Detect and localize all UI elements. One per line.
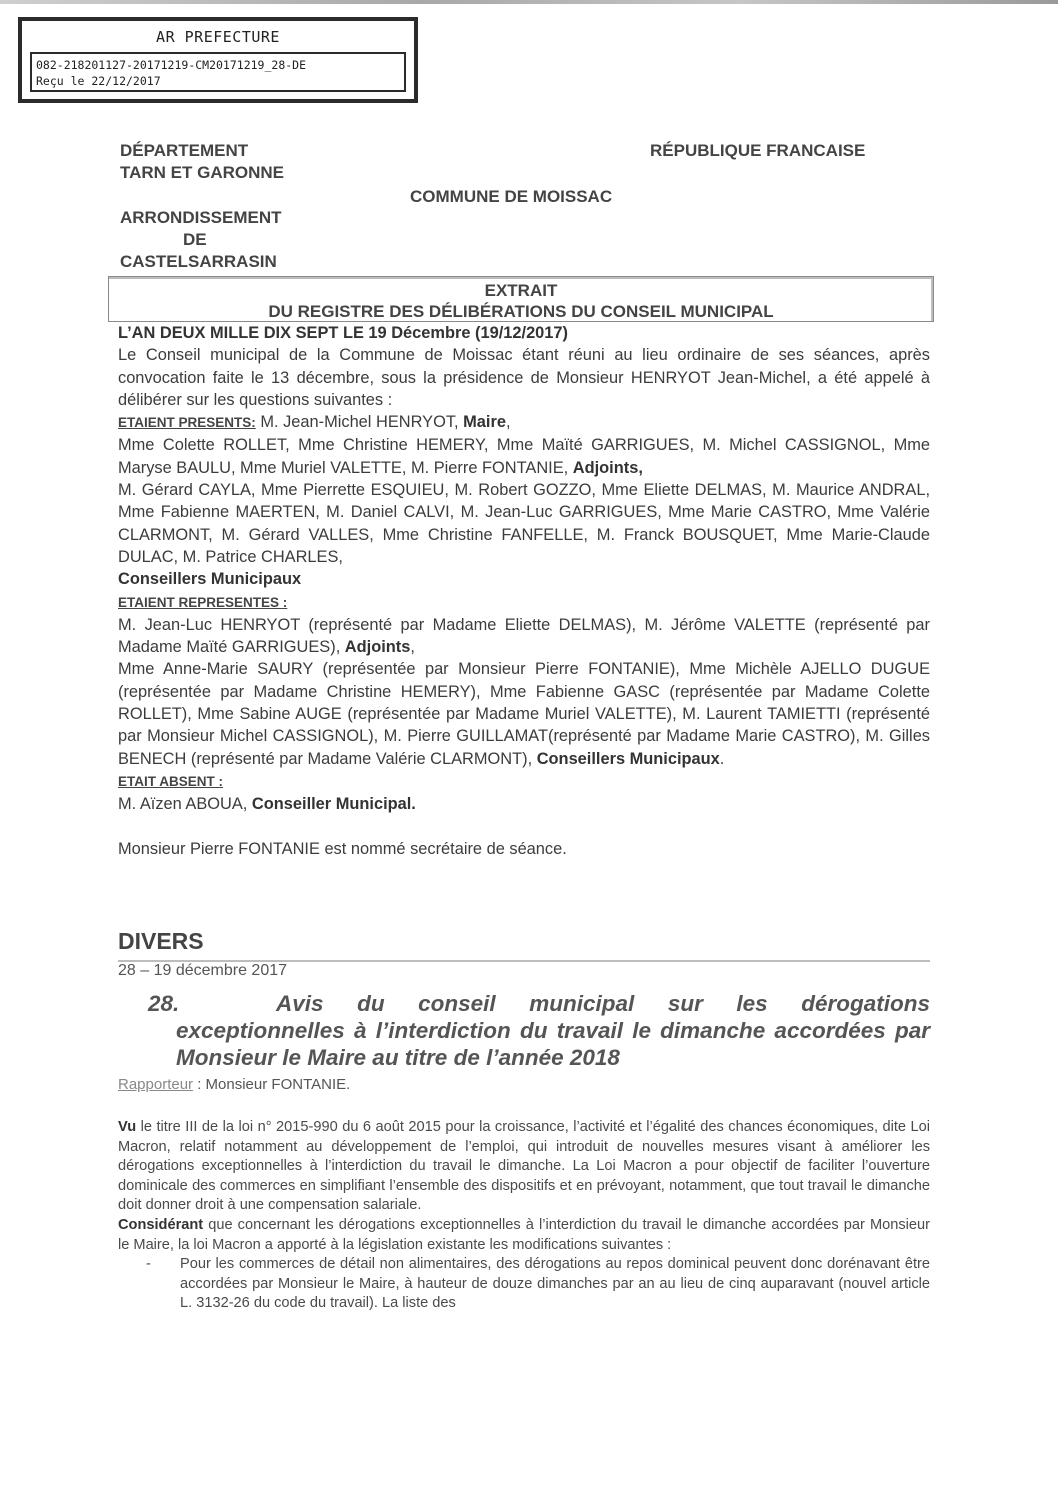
absent-name: M. Aïzen ABOUA, bbox=[118, 795, 252, 813]
considerant-paragraph: Considérant que concernant les dérogatio… bbox=[118, 1216, 930, 1255]
item-number: 28. bbox=[148, 990, 248, 1017]
representes-conseillers: Mme Anne-Marie SAURY (représentée par Mo… bbox=[118, 658, 930, 769]
bullet-text: Pour les commerces de détail non aliment… bbox=[180, 1256, 930, 1311]
departement-block: DÉPARTEMENT TARN ET GARONNE bbox=[120, 140, 284, 184]
absent-role: Conseiller Municipal. bbox=[252, 795, 416, 813]
rapporteur-line: Rapporteur : Monsieur FONTANIE. bbox=[118, 1076, 350, 1093]
presents-label: Etaient Presents: bbox=[118, 415, 256, 430]
secretaire-line: Monsieur Pierre FONTANIE est nommé secré… bbox=[118, 838, 930, 860]
conseillers-names: M. Gérard CAYLA, Mme Pierrette ESQUIEU, … bbox=[118, 481, 930, 566]
rapporteur-value: : Monsieur FONTANIE. bbox=[193, 1076, 350, 1093]
stamp-title: AR PREFECTURE bbox=[22, 28, 414, 46]
representes-label: Etaient representes : bbox=[118, 595, 287, 610]
representes-conseillers-role: Conseillers Municipaux bbox=[537, 750, 720, 768]
presents-maire: Etaient Presents: M. Jean-Michel HENRYOT… bbox=[118, 411, 930, 434]
representes-adjoints-names: M. Jean-Luc HENRYOT (représenté par Mada… bbox=[118, 616, 930, 656]
rapporteur-label: Rapporteur bbox=[118, 1076, 193, 1093]
item-title: Avis du conseil municipal sur les déroga… bbox=[148, 990, 930, 1071]
absent-label: Etait absent : bbox=[118, 774, 223, 789]
representes-adjoints-role: Adjoints bbox=[345, 638, 411, 656]
vu-text: le titre III de la loi n° 2015-990 du 6 … bbox=[118, 1119, 930, 1213]
stamp-received-date: Reçu le 22/12/2017 bbox=[36, 73, 400, 89]
extrait-box: EXTRAIT DU REGISTRE DES DÉLIBÉRATIONS DU… bbox=[108, 276, 934, 322]
item-heading: 28. Avis du conseil municipal sur les dé… bbox=[148, 990, 930, 1071]
session-date: L’AN DEUX MILLE DIX SEPT LE 19 Décembre … bbox=[118, 322, 930, 344]
section-title: DIVERS bbox=[118, 928, 204, 955]
stamp-details: 082-218201127-20171219-CM20171219_28-DE … bbox=[30, 52, 406, 92]
departement-label: DÉPARTEMENT bbox=[120, 140, 284, 162]
bullet-dash: - bbox=[146, 1255, 151, 1275]
scan-top-edge bbox=[0, 0, 1058, 4]
arrondissement-label: ARRONDISSEMENT bbox=[120, 207, 282, 229]
presents-conseillers: M. Gérard CAYLA, Mme Pierrette ESQUIEU, … bbox=[118, 479, 930, 590]
adjoints-role: Adjoints, bbox=[573, 459, 643, 477]
session-block: L’AN DEUX MILLE DIX SEPT LE 19 Décembre … bbox=[118, 322, 930, 860]
adjoints-names: Mme Colette ROLLET, Mme Christine HEMERY… bbox=[118, 436, 930, 476]
departement-name: TARN ET GARONNE bbox=[120, 162, 284, 184]
maire-name: M. Jean-Michel HENRYOT, bbox=[256, 413, 463, 431]
representes-adjoints: M. Jean-Luc HENRYOT (représenté par Mada… bbox=[118, 614, 930, 659]
extrait-subtitle: DU REGISTRE DES DÉLIBÉRATIONS DU CONSEIL… bbox=[109, 301, 933, 322]
arrondissement-de: DE bbox=[120, 229, 282, 251]
maire-role: Maire bbox=[463, 413, 506, 431]
prefecture-stamp: AR PREFECTURE 082-218201127-20171219-CM2… bbox=[18, 17, 418, 103]
section-date: 28 – 19 décembre 2017 bbox=[118, 962, 287, 980]
deliberation-content: Vu le titre III de la loi n° 2015-990 du… bbox=[118, 1118, 930, 1314]
vu-paragraph: Vu le titre III de la loi n° 2015-990 du… bbox=[118, 1118, 930, 1216]
considerant-keyword: Considérant bbox=[118, 1217, 203, 1233]
conseillers-role: Conseillers Municipaux bbox=[118, 570, 301, 588]
arrondissement-name: CASTELSARRASIN bbox=[120, 251, 282, 273]
stamp-reference: 082-218201127-20171219-CM20171219_28-DE bbox=[36, 57, 400, 73]
arrondissement-block: ARRONDISSEMENT DE CASTELSARRASIN bbox=[120, 207, 282, 273]
republique-heading: RÉPUBLIQUE FRANCAISE bbox=[650, 140, 865, 162]
extrait-title: EXTRAIT bbox=[109, 280, 933, 301]
considerant-text: que concernant les dérogations exception… bbox=[118, 1217, 930, 1253]
absent-heading: Etait absent : bbox=[118, 770, 930, 793]
representes-heading: Etaient representes : bbox=[118, 591, 930, 614]
vu-keyword: Vu bbox=[118, 1119, 136, 1135]
commune-heading: COMMUNE DE MOISSAC bbox=[410, 186, 612, 208]
presents-adjoints: Mme Colette ROLLET, Mme Christine HEMERY… bbox=[118, 434, 930, 479]
bullet-item: - Pour les commerces de détail non alime… bbox=[118, 1255, 930, 1314]
session-intro: Le Conseil municipal de la Commune de Mo… bbox=[118, 344, 930, 411]
representes-conseillers-names: Mme Anne-Marie SAURY (représentée par Mo… bbox=[118, 660, 930, 767]
absent-line: M. Aïzen ABOUA, Conseiller Municipal. bbox=[118, 793, 930, 815]
